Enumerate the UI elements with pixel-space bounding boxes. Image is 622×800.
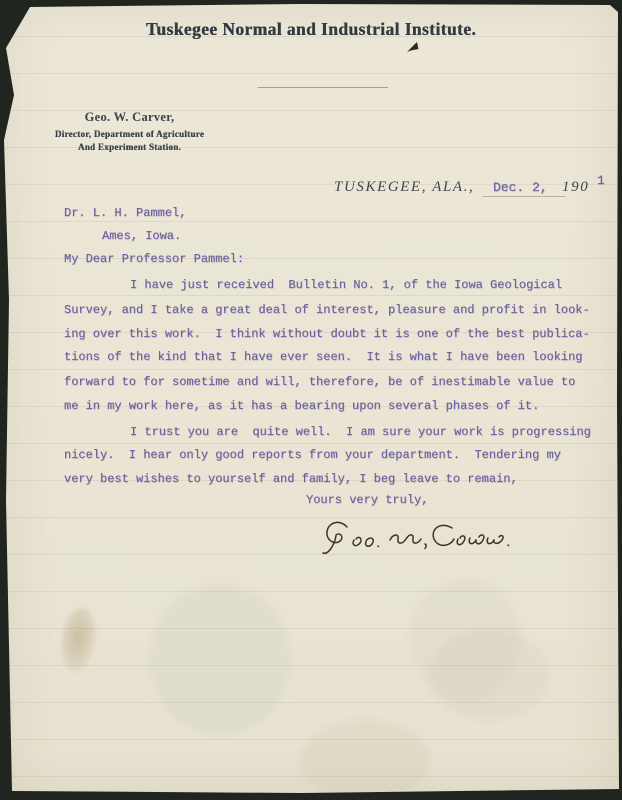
body-line: very best wishes to yourself and family,… <box>64 472 518 486</box>
body-line: me in my work here, as it has a bearing … <box>64 399 539 413</box>
officer-name: Geo. W. Carver, <box>22 110 237 125</box>
body-line: ing over this work. I think without doub… <box>64 327 590 341</box>
letter-page: Tuskegee Normal and Industrial Institute… <box>0 0 622 800</box>
signature <box>318 515 513 572</box>
letterhead-rule <box>258 87 388 88</box>
officer-title-line2: And Experiment Station. <box>22 141 237 153</box>
dateline-place: TUSKEGEE, ALA., <box>334 179 474 196</box>
dateline-typed-year-digit: 1 <box>597 174 605 188</box>
recipient-address: Ames, Iowa. <box>102 229 181 243</box>
signature-handwriting <box>318 515 513 567</box>
salutation: My Dear Professor Pammel: <box>64 252 244 266</box>
dateline-typed-date: Dec. 2, <box>493 181 548 195</box>
ink-mark-icon <box>405 41 421 54</box>
body-line: I trust you are quite well. I am sure yo… <box>130 425 591 439</box>
letterhead-officer-block: Geo. W. Carver, Director, Department of … <box>22 110 237 153</box>
body-line: forward to for sometime and will, theref… <box>64 375 575 389</box>
dateline-printed-year: 190 <box>562 179 589 196</box>
body-line: tions of the kind that I have ever seen.… <box>64 350 582 364</box>
body-line: I have just received Bulletin No. 1, of … <box>130 278 562 292</box>
dateline-blank-rule <box>482 196 566 197</box>
bleed-through-mark <box>150 585 290 735</box>
body-line: Survey, and I take a great deal of inter… <box>64 303 590 317</box>
valediction: Yours very truly, <box>306 493 428 507</box>
body-line: nicely. I hear only good reports from yo… <box>64 448 561 462</box>
letterhead-institution: Tuskegee Normal and Industrial Institute… <box>0 19 622 40</box>
bleed-through-mark <box>410 580 520 700</box>
bleed-through-mark <box>430 630 550 720</box>
officer-title-line1: Director, Department of Agriculture <box>22 128 237 140</box>
bleed-through-mark <box>300 720 430 800</box>
paper-stain <box>56 606 101 676</box>
recipient-name: Dr. L. H. Pammel, <box>64 206 186 220</box>
